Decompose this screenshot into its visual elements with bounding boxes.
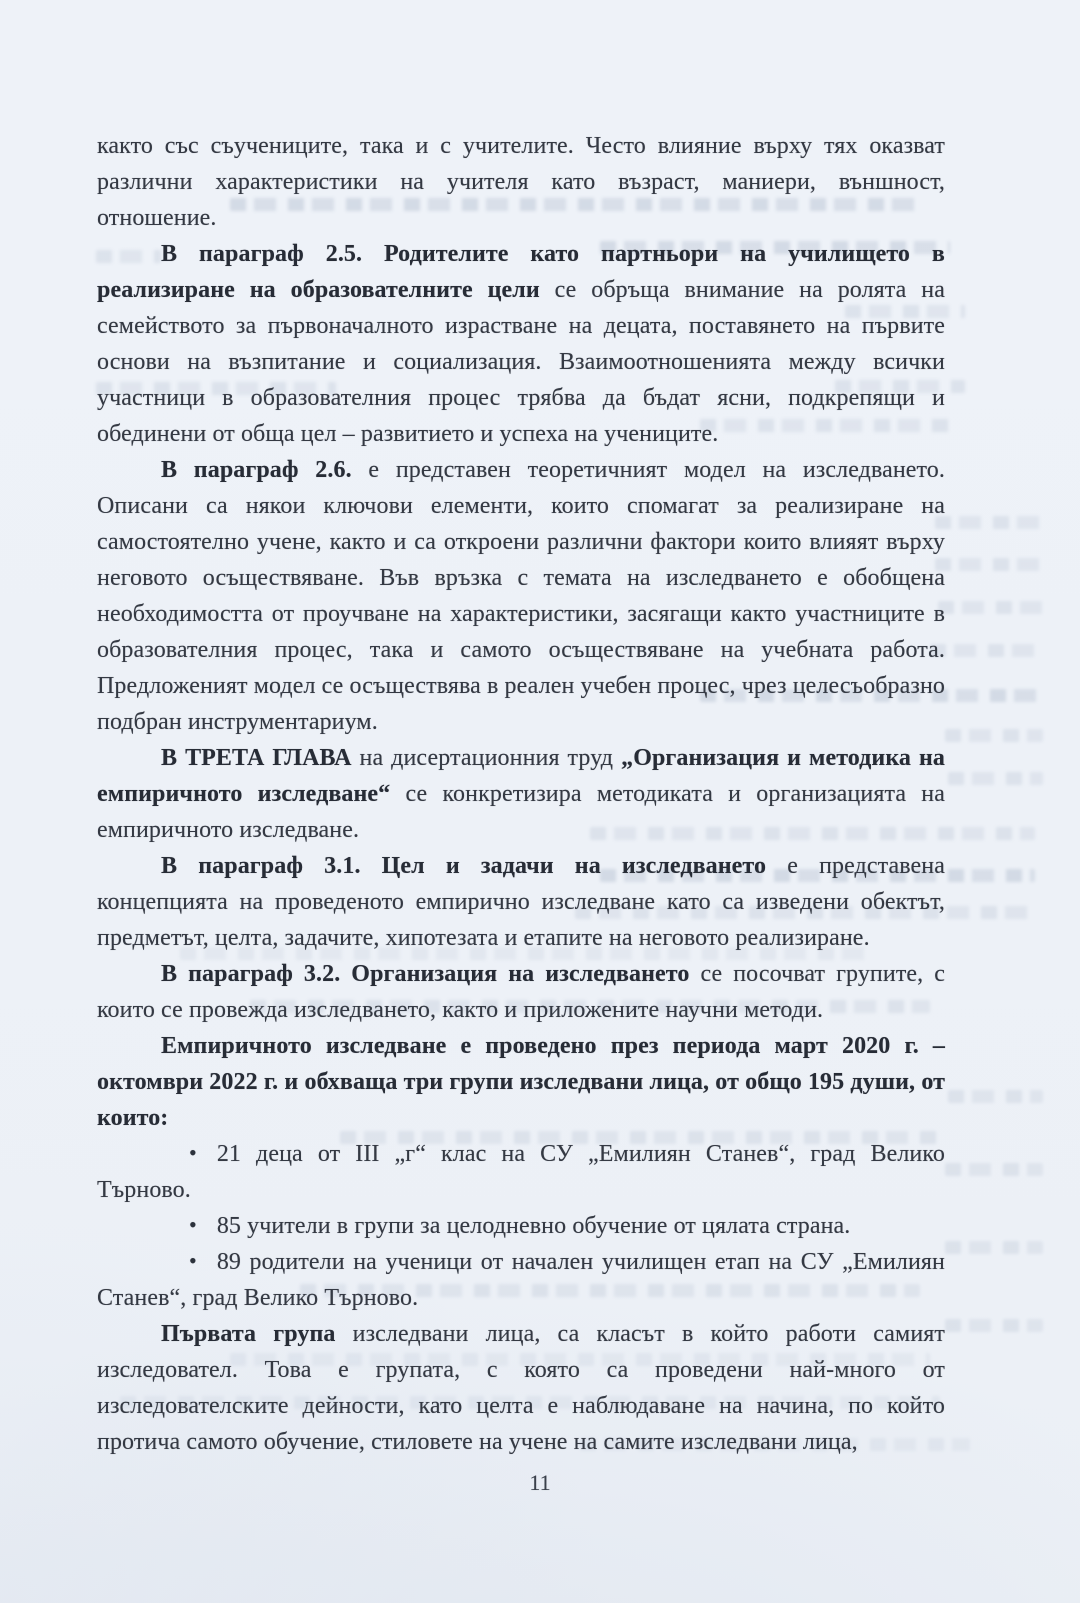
bleed-through-line (935, 558, 1047, 571)
bullet-icon: • (143, 1243, 217, 1279)
bleed-through-line (948, 1090, 1043, 1103)
bullet-item: •85 учители в групи за целодневно обучен… (97, 1208, 945, 1244)
bleed-through-line (938, 601, 1044, 614)
paragraph: В параграф 3.2. Организация на изследван… (97, 956, 945, 1028)
document-body: както със съучениците, така и с учителит… (97, 128, 945, 1460)
bleed-through-line (945, 1241, 1043, 1254)
bleed-through-line (945, 1163, 1043, 1176)
bullet-item: •89 родители на ученици от начален учили… (97, 1244, 945, 1316)
paragraph: В параграф 2.6. е представен теоретичния… (97, 452, 945, 740)
bleed-through-line (948, 772, 1043, 785)
bullet-icon: • (143, 1135, 217, 1171)
document-page: както със съучениците, така и с учителит… (0, 0, 1080, 1603)
paragraph: В параграф 2.5. Родителите като партньор… (97, 236, 945, 452)
bleed-through-line (935, 516, 1045, 529)
paragraph: Емпиричното изследване е проведено през … (97, 1028, 945, 1136)
paragraph: Първата група изследвани лица, са класът… (97, 1316, 945, 1460)
page-number: 11 (0, 1470, 1080, 1496)
bleed-through-line (930, 644, 1045, 657)
paragraph: В ТРЕТА ГЛАВА на дисертационния труд „Ор… (97, 740, 945, 848)
bullet-item: •21 деца от III „г“ клас на СУ „Емилиян … (97, 1136, 945, 1208)
bullet-icon: • (143, 1207, 217, 1243)
bleed-through-line (945, 729, 1043, 742)
bleed-through-line (945, 1319, 1043, 1332)
paragraph: както със съучениците, така и с учителит… (97, 128, 945, 236)
paragraph: В параграф 3.1. Цел и задачи на изследва… (97, 848, 945, 956)
